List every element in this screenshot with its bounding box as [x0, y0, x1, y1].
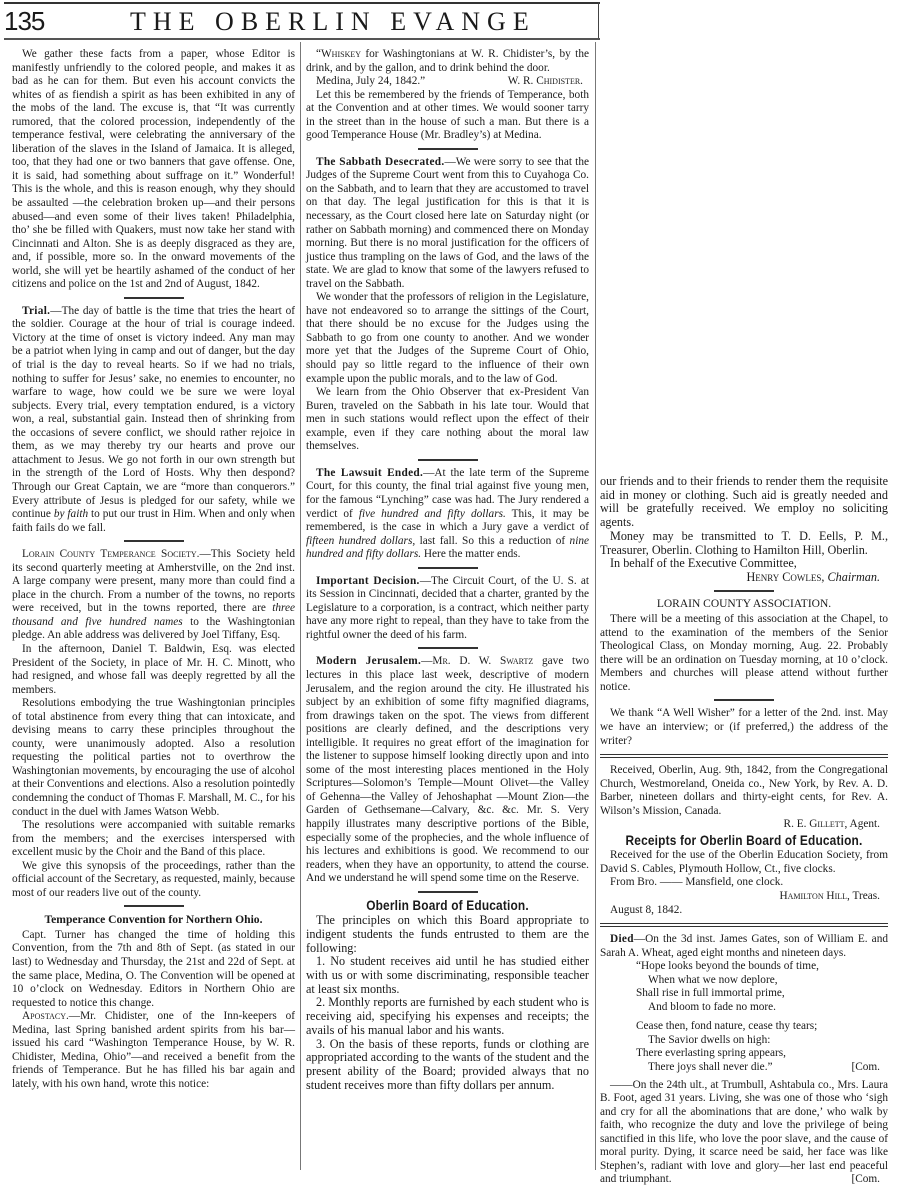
heading-jerusalem: Modern Jerusalem.: [316, 655, 421, 667]
paragraph: The principles on which this Board appro…: [306, 914, 589, 955]
masthead-bottom-rule: [4, 38, 600, 40]
paragraph: In behalf of the Executive Committee,: [600, 557, 888, 571]
article-jerusalem: Modern Jerusalem.—Mr. D. W. Swartz gave …: [306, 655, 589, 885]
separator: [418, 891, 478, 893]
heading-apostacy: Apostacy.: [22, 1010, 69, 1022]
paragraph: Let this be remembered by the friends of…: [306, 89, 589, 143]
article-decision: Important Decision.—The Circuit Court, o…: [306, 575, 589, 643]
article-trial: Trial.—The day of battle is the time tha…: [12, 305, 295, 535]
poem: “Hope looks beyond the bounds of time, W…: [636, 960, 888, 1074]
article-philadelphia: We gather these facts from a paper, whos…: [12, 48, 295, 292]
masthead-edge: [598, 2, 599, 40]
article-apostacy: Apostacy.—Mr. Chidister, one of the Inn-…: [12, 1010, 295, 1091]
heading-lawsuit: The Lawsuit Ended.: [316, 467, 423, 479]
article-thanks: We thank “A Well Wisher” for a letter of…: [600, 707, 888, 748]
double-rule: [600, 923, 888, 927]
heading-trial: Trial.: [22, 305, 50, 317]
separator: [418, 567, 478, 569]
column-rule-1: [300, 42, 301, 1170]
column-1: We gather these facts from a paper, whos…: [12, 48, 295, 1091]
principle-2: 2. Monthly reports are furnished by each…: [306, 996, 589, 1037]
paragraph: We give this synopsis of the proceedings…: [12, 860, 295, 901]
article-lorain-association: There will be a meeting of this associat…: [600, 613, 888, 694]
heading-sabbath: The Sabbath Desecrated.: [316, 156, 445, 168]
paragraph: Resolutions embodying the true Washingto…: [12, 697, 295, 819]
double-rule: [600, 754, 888, 758]
article-sabbath: The Sabbath Desecrated.—We were sorry to…: [306, 156, 589, 291]
heading-decision: Important Decision.: [316, 575, 420, 587]
paragraph: We learn from the Ohio Observer that ex-…: [306, 386, 589, 454]
paragraph: The resolutions were accompanied with su…: [12, 819, 295, 860]
column-rule-2: [595, 42, 596, 1170]
paragraph: In the afternoon, Daniel T. Baldwin, Esq…: [12, 643, 295, 697]
heading-lorain-association: LORAIN COUNTY ASSOCIATION.: [600, 598, 888, 612]
board-continued: our friends and to their friends to rend…: [600, 475, 888, 585]
page-number: 135: [4, 6, 44, 37]
receipts-body: Received for the use of the Oberlin Educ…: [600, 849, 888, 876]
heading-died: Died: [610, 933, 634, 945]
signature-hill: Hamilton Hill, Treas.: [600, 890, 888, 904]
paragraph: Money may be transmitted to T. D. Eells,…: [600, 530, 888, 557]
separator: [418, 647, 478, 649]
heading-temperance-convention: Temperance Convention for Northern Ohio.: [12, 913, 295, 927]
signature-gillett: R. E. Gillett, Agent.: [600, 818, 888, 832]
separator: [124, 905, 184, 907]
separator: [418, 459, 478, 461]
heading-lorain-temperance: Lorain County Temperance Society.: [22, 548, 200, 560]
receipts-bro: From Bro. —— Mansfield, one clock.: [600, 876, 888, 890]
column-3: our friends and to their friends to rend…: [600, 475, 888, 1187]
article-lawsuit: The Lawsuit Ended.—At the late term of t…: [306, 467, 589, 562]
paragraph: our friends and to their friends to rend…: [600, 475, 888, 530]
heading-receipts: Receipts for Oberlin Board of Education.: [622, 834, 867, 848]
masthead: 135 THE OBERLIN EVANGE: [0, 0, 600, 42]
separator: [714, 699, 774, 701]
separator: [124, 297, 184, 299]
board-of-education-body: The principles on which this Board appro…: [306, 914, 589, 1092]
obituary-foot: ——On the 24th ult., at Trumbull, Ashtabu…: [600, 1079, 888, 1187]
whiskey-notice: “Whiskey for Washingtonians at W. R. Chi…: [306, 48, 589, 75]
separator: [714, 590, 774, 592]
separator: [418, 148, 478, 150]
masthead-top-rule: [4, 2, 600, 4]
receipt-wilson-mission: Received, Oberlin, Aug. 9th, 1842, from …: [600, 764, 888, 818]
separator: [124, 540, 184, 542]
principle-1: 1. No student receives aid until he has …: [306, 955, 589, 996]
column-2: “Whiskey for Washingtonians at W. R. Chi…: [306, 48, 589, 1092]
paragraph: We wonder that the professors of religio…: [306, 291, 589, 386]
article-temperance-convention: Capt. Turner has changed the time of hol…: [12, 929, 295, 1010]
newspaper-title: THE OBERLIN EVANGE: [130, 7, 536, 37]
article-lorain-temperance: Lorain County Temperance Society.—This S…: [12, 548, 295, 643]
whiskey-signature-line: Medina, July 24, 1842.”W. R. Chidister.: [306, 75, 589, 89]
principle-3: 3. On the basis of these reports, funds …: [306, 1038, 589, 1093]
signature-cowles: Henry Cowles, Chairman.: [600, 571, 888, 585]
obituary-gates: Died—On the 3d inst. James Gates, son of…: [600, 933, 888, 960]
receipts-date: August 8, 1842.: [600, 904, 888, 918]
heading-board-of-education: Oberlin Board of Education.: [327, 899, 568, 913]
